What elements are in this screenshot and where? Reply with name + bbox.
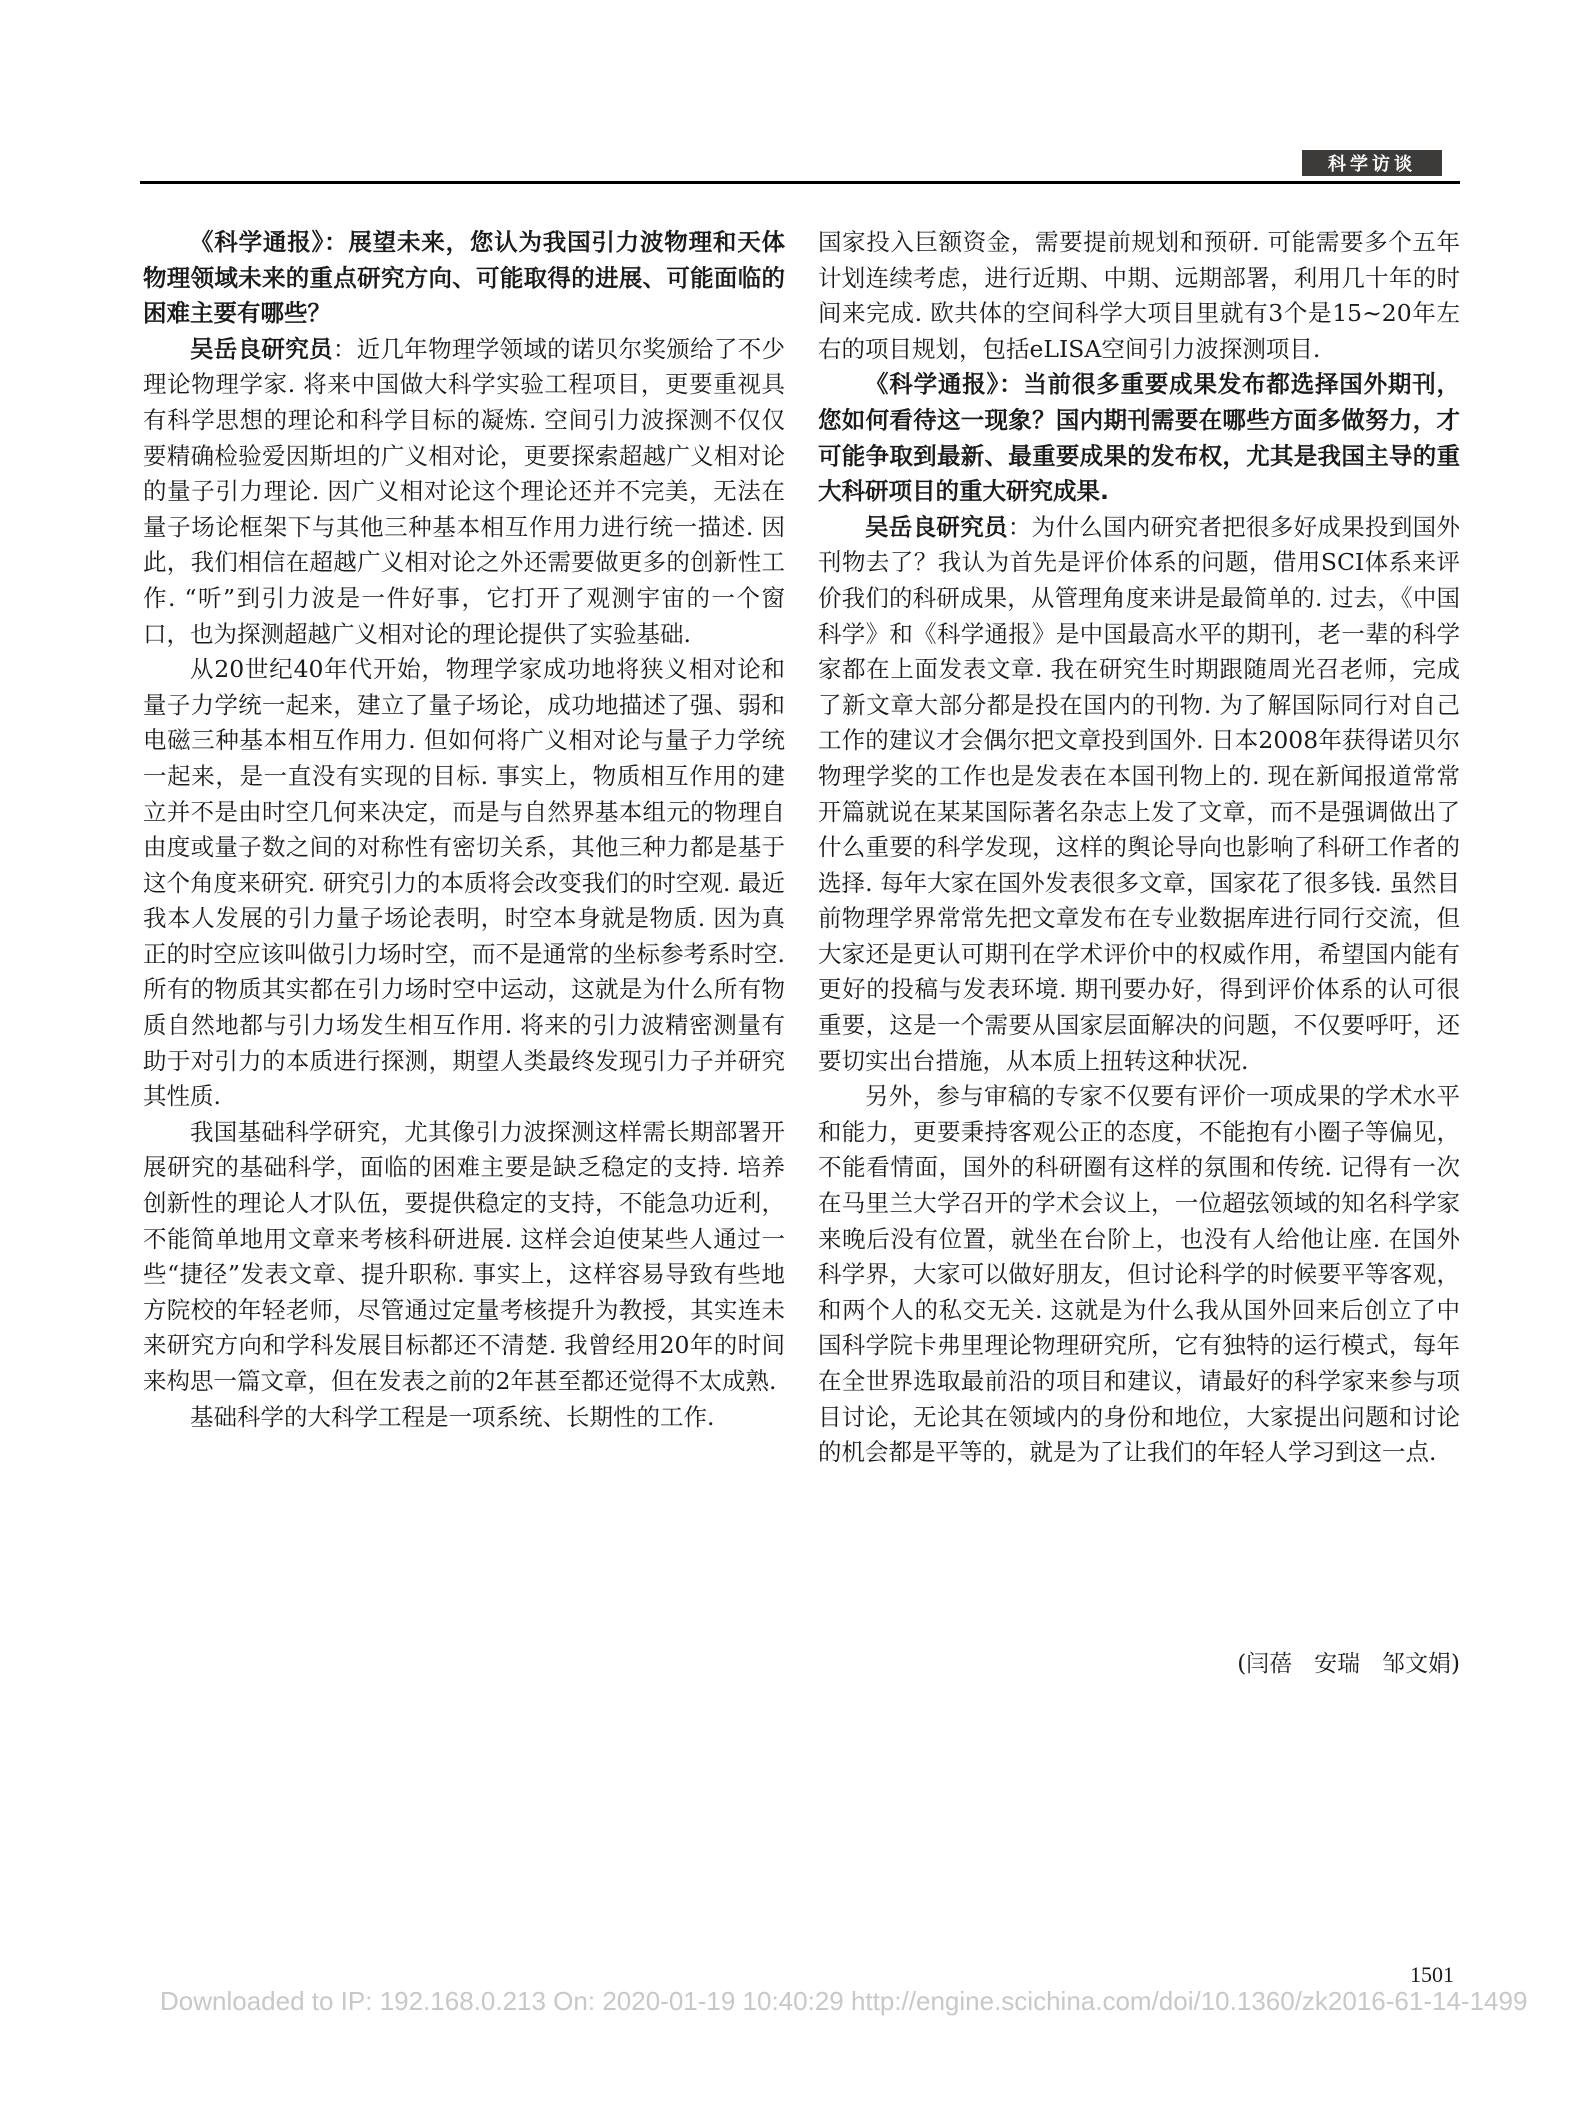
body-paragraph: 从20世纪40年代开始，物理学家成功地将狭义相对论和量子力学统一起来，建立了量子… [143,652,785,1115]
journal-name: 《科学通报》 [190,228,324,256]
body-paragraph: 另外，参与审稿的专家不仅要有评价一项成果的学术水平和能力，更要秉持客观公正的态度… [818,1079,1460,1471]
right-column: 国家投入巨额资金，需要提前规划和预研. 可能需要多个五年计划连续考虑，进行近期、… [818,225,1460,1471]
header-divider [140,181,1460,184]
body-paragraph: 基础科学的大科学工程是一项系统、长期性的工作. [143,1400,785,1436]
speaker-name: 吴岳良研究员 [190,335,333,363]
interview-answer-1: 吴岳良研究员：近几年物理学领域的诺贝尔奖颁给了不少理论物理学家. 将来中国做大科… [143,332,785,652]
interview-question-2: 《科学通报》：当前很多重要成果发布都选择国外期刊，您如何看待这一现象？国内期刊需… [818,367,1460,509]
journal-name: 《科学通报》 [865,370,999,398]
body-paragraph-continued: 国家投入巨额资金，需要提前规划和预研. 可能需要多个五年计划连续考虑，进行近期、… [818,225,1460,367]
download-watermark: Downloaded to IP: 192.168.0.213 On: 2020… [160,1986,1527,2017]
body-paragraph: 我国基础科学研究，尤其像引力波探测这样需长期部署开展研究的基础科学，面临的困难主… [143,1115,785,1400]
answer-text: ：近几年物理学领域的诺贝尔奖颁给了不少理论物理学家. 将来中国做大科学实验工程项… [143,335,785,648]
interview-question-1: 《科学通报》：展望未来，您认为我国引力波物理和天体物理领域未来的重点研究方向、可… [143,225,785,332]
interview-answer-2: 吴岳良研究员：为什么国内研究者把很多好成果投到国外刊物去了？我认为首先是评价体系… [818,510,1460,1080]
left-column: 《科学通报》：展望未来，您认为我国引力波物理和天体物理领域未来的重点研究方向、可… [143,225,785,1435]
speaker-name: 吴岳良研究员 [865,513,1008,541]
author-credits: (闫蓓 安瑞 邹文娟) [1237,1645,1460,1678]
section-tag: 科学访谈 [1302,150,1442,176]
page-number: 1501 [1410,1962,1454,1988]
answer-text: ：为什么国内研究者把很多好成果投到国外刊物去了？我认为首先是评价体系的问题，借用… [818,513,1460,1075]
